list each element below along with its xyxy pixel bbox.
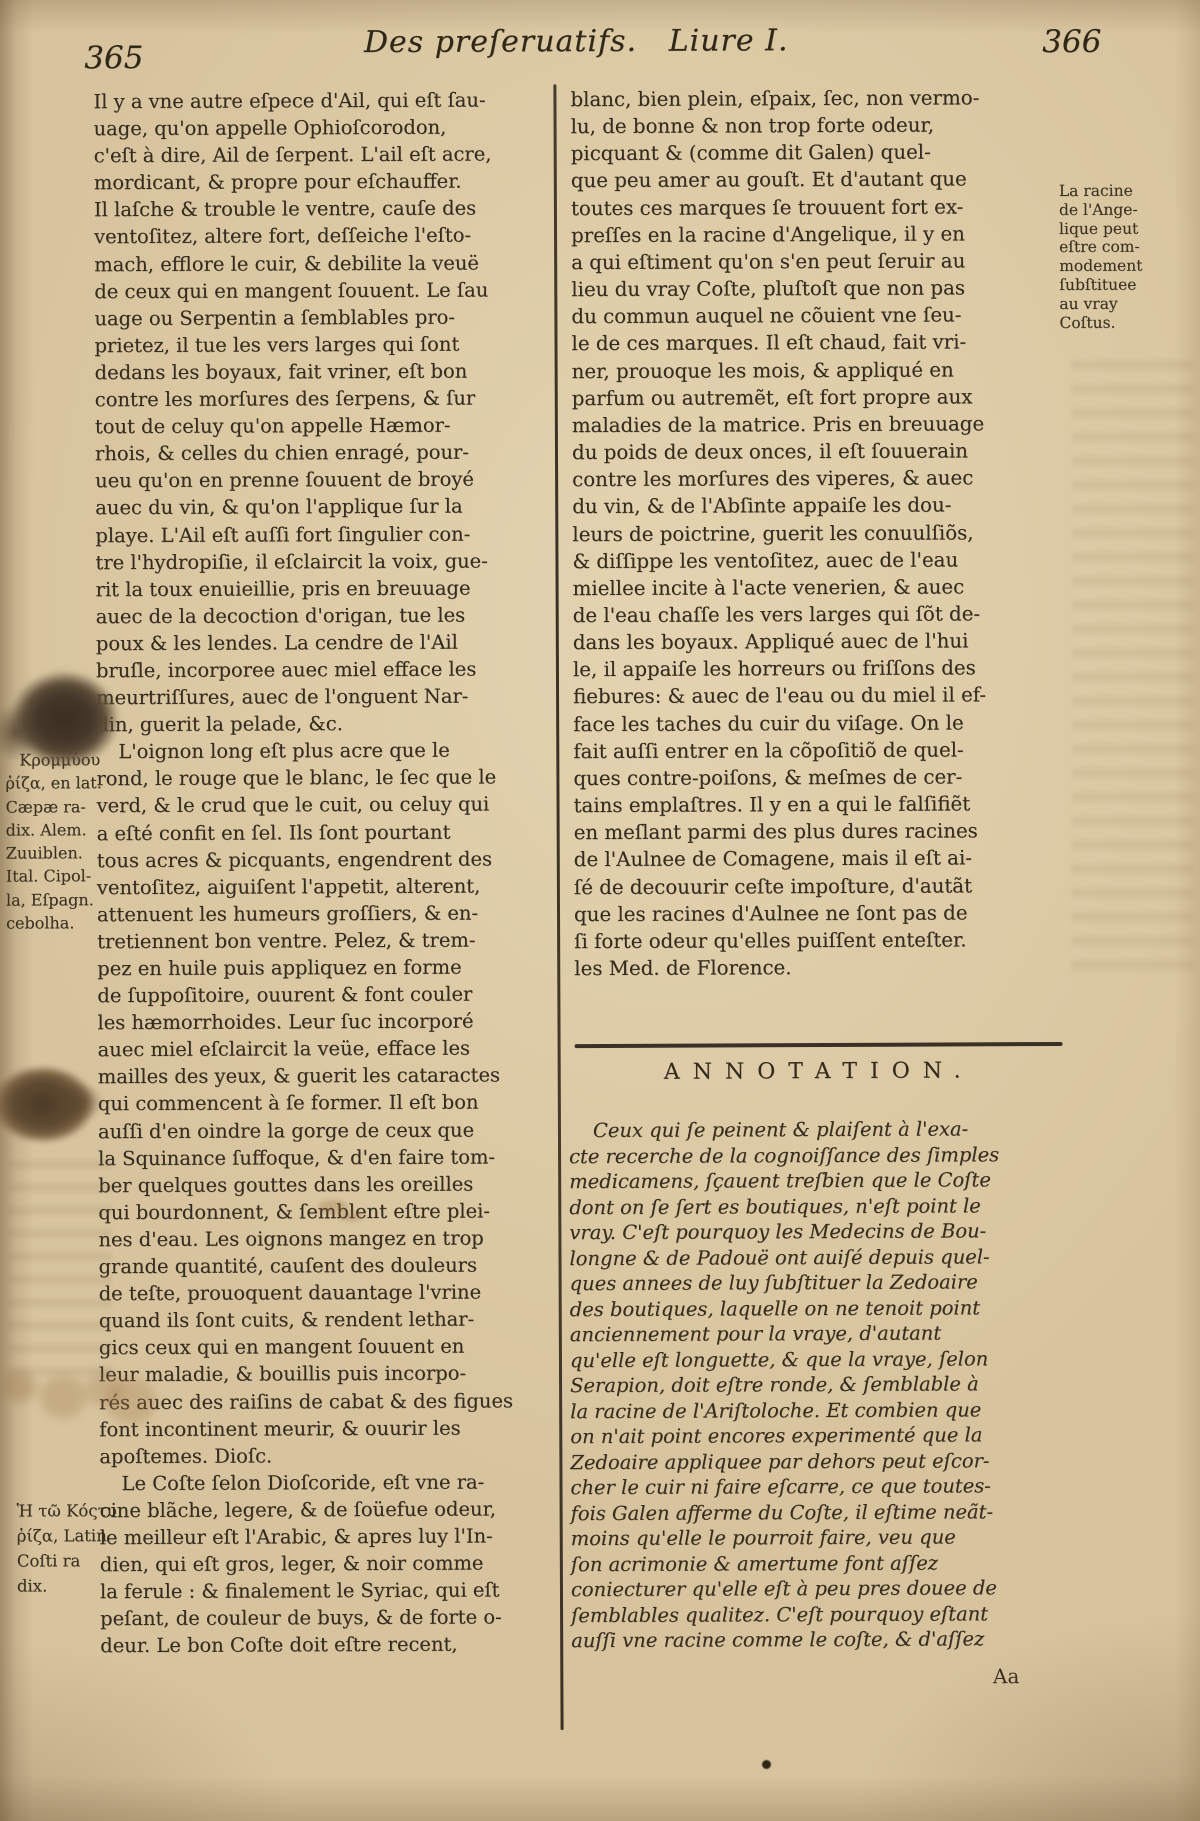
paragraph-onion: L'oignon long eſt plus acre que le rond,… bbox=[96, 736, 551, 1469]
annotation-rule bbox=[575, 1042, 1063, 1048]
margin-note-onion-names: Κρομμύου ῥίζα, en lat. Cæpæ ra- dix. Ale… bbox=[5, 748, 110, 935]
paragraph-garlic: Il y a vne autre eſpece d'Ail, qui eſt ſ… bbox=[93, 86, 548, 738]
annotation-text: Ceux qui ſe peinent & plaiſent à l'exa- … bbox=[569, 1116, 1071, 1654]
column-rule bbox=[553, 84, 563, 1730]
page-number-right: 366 bbox=[1042, 24, 1101, 60]
paragraph-costus-marks: blanc, bien plein, eſpaix, ſec, non verm… bbox=[570, 84, 1060, 982]
page-content: 365 Des preſeruatifs. Liure I. 366 Κρομμ… bbox=[0, 0, 1200, 1821]
left-column: Il y a vne autre eſpece d'Ail, qui eſt ſ… bbox=[93, 86, 552, 1659]
annotation-heading: ANNOTATION. bbox=[575, 1058, 1063, 1085]
right-column: blanc, bien plein, eſpaix, ſec, non verm… bbox=[570, 84, 1060, 982]
paragraph-coste: Le Coſte ſelon Dioſcoride, eſt vne ra- c… bbox=[99, 1468, 552, 1660]
margin-note-angelique: La racine de l'Ange- lique peut eſtre co… bbox=[1059, 181, 1194, 332]
page-header: 365 Des preſeruatifs. Liure I. 366 bbox=[0, 0, 1196, 3]
running-title: Des preſeruatifs. Liure I. bbox=[96, 22, 1056, 61]
catchword-signature: Aa bbox=[577, 1664, 1019, 1690]
book-page-scan: 365 Des preſeruatifs. Liure I. 366 Κρομμ… bbox=[0, 0, 1200, 1821]
